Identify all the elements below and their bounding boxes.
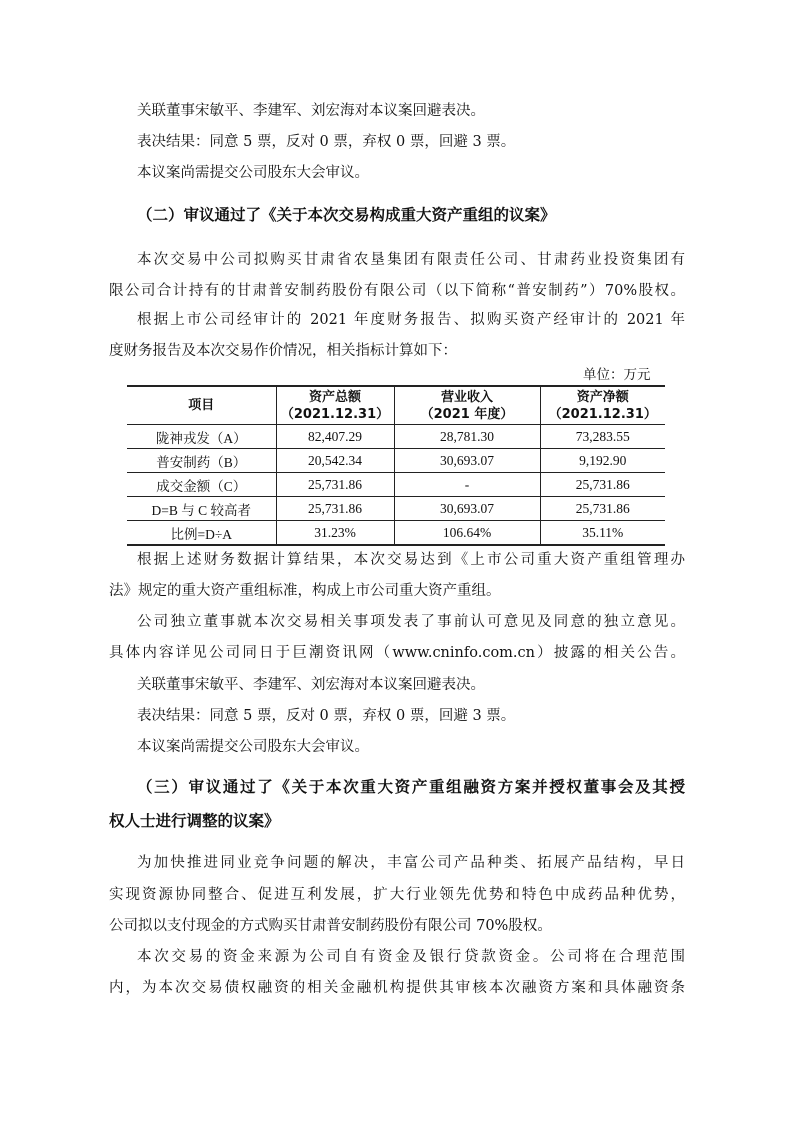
financial-indicator-table: 项目 资产总额（2021.12.31） 营业收入（2021 年度） 资产净额（2… [127,385,665,546]
section-2-para2-line1: 根据上市公司经审计的 2021 年度财务报告、拟购买资产经审计的 2021 年 [137,305,685,336]
cell: D=B 与 C 较高者 [127,497,276,521]
cell: 比例=D÷A [127,521,276,546]
vote-result-2: 表决结果：同意 5 票，反对 0 票，弃权 0 票，回避 3 票。 [137,701,685,732]
header-item: 项目 [127,386,276,425]
section-2-para1-line2: 限公司合计持有的甘肃普安制药股份有限公司（以下简称“普安制药”）70%股权。 [109,276,685,307]
section-3-para2-line1: 本次交易的资金来源为公司自有资金及银行贷款资金。公司将在合理范围 [137,942,685,973]
section-2-para4-line2: 具体内容详见公司同日于巨潮资讯网（www.cninfo.com.cn）披露的相关… [109,638,685,669]
cell: 25,731.86 [276,497,394,521]
cell: 35.11% [540,521,665,546]
header-total-assets: 资产总额（2021.12.31） [276,386,394,425]
cell: 普安制药（B） [127,449,276,473]
section-3-heading-line1: （三）审议通过了《关于本次重大资产重组融资方案并授权董事会及其授 [137,772,685,803]
table-header-row: 项目 资产总额（2021.12.31） 营业收入（2021 年度） 资产净额（2… [127,386,665,425]
cell: 28,781.30 [394,425,540,449]
section-2-heading: （二）审议通过了《关于本次交易构成重大资产重组的议案》 [137,200,685,231]
cell: 成交金额（C） [127,473,276,497]
cell: 31.23% [276,521,394,546]
table-row: D=B 与 C 较高者 25,731.86 30,693.07 25,731.8… [127,497,665,521]
avoid-vote-statement-2: 关联董事宋敏平、李建军、刘宏海对本议案回避表决。 [137,670,685,701]
table-unit-label: 单位：万元 [583,363,651,383]
section-3-para2-line2: 内，为本次交易债权融资的相关金融机构提供其审核本次融资方案和具体融资条 [109,973,685,1004]
section-3-heading-line2: 权人士进行调整的议案》 [109,806,685,837]
cell: 82,407.29 [276,425,394,449]
cell: 30,693.07 [394,449,540,473]
cell: 20,542.34 [276,449,394,473]
table-row: 比例=D÷A 31.23% 106.64% 35.11% [127,521,665,546]
section-3-para1-line2: 实现资源协同整合、促进互利发展，扩大行业领先优势和特色中成药品种优势， [109,880,685,911]
cell: 陇神戎发（A） [127,425,276,449]
header-revenue: 营业收入（2021 年度） [394,386,540,425]
table-row: 陇神戎发（A） 82,407.29 28,781.30 73,283.55 [127,425,665,449]
cell: 25,731.86 [540,497,665,521]
cell: - [394,473,540,497]
section-2-para3-line2: 法》规定的重大资产重组标准，构成上市公司重大资产重组。 [109,576,685,607]
section-2-para4-line1: 公司独立董事就本次交易相关事项发表了事前认可意见及同意的独立意见。 [137,607,685,638]
section-2-para3-line1: 根据上述财务数据计算结果，本次交易达到《上市公司重大资产重组管理办 [137,545,685,576]
vote-result: 表决结果：同意 5 票，反对 0 票，弃权 0 票，回避 3 票。 [137,127,685,158]
pending-approval-2: 本议案尚需提交公司股东大会审议。 [137,732,685,763]
cell: 73,283.55 [540,425,665,449]
header-net-assets: 资产净额（2021.12.31） [540,386,665,425]
table-row: 普安制药（B） 20,542.34 30,693.07 9,192.90 [127,449,665,473]
cell: 30,693.07 [394,497,540,521]
cell: 9,192.90 [540,449,665,473]
cell: 25,731.86 [276,473,394,497]
section-3-para1-line1: 为加快推进同业竞争问题的解决，丰富公司产品种类、拓展产品结构，早日 [137,848,685,879]
cell: 106.64% [394,521,540,546]
cell: 25,731.86 [540,473,665,497]
section-2-para1-line1: 本次交易中公司拟购买甘肃省农垦集团有限责任公司、甘肃药业投资集团有 [137,245,685,276]
pending-approval: 本议案尚需提交公司股东大会审议。 [137,158,685,189]
section-3-para1-line3: 公司拟以支付现金的方式购买甘肃普安制药股份有限公司 70%股权。 [109,911,685,942]
avoid-vote-statement: 关联董事宋敏平、李建军、刘宏海对本议案回避表决。 [137,96,685,127]
table-row: 成交金额（C） 25,731.86 - 25,731.86 [127,473,665,497]
